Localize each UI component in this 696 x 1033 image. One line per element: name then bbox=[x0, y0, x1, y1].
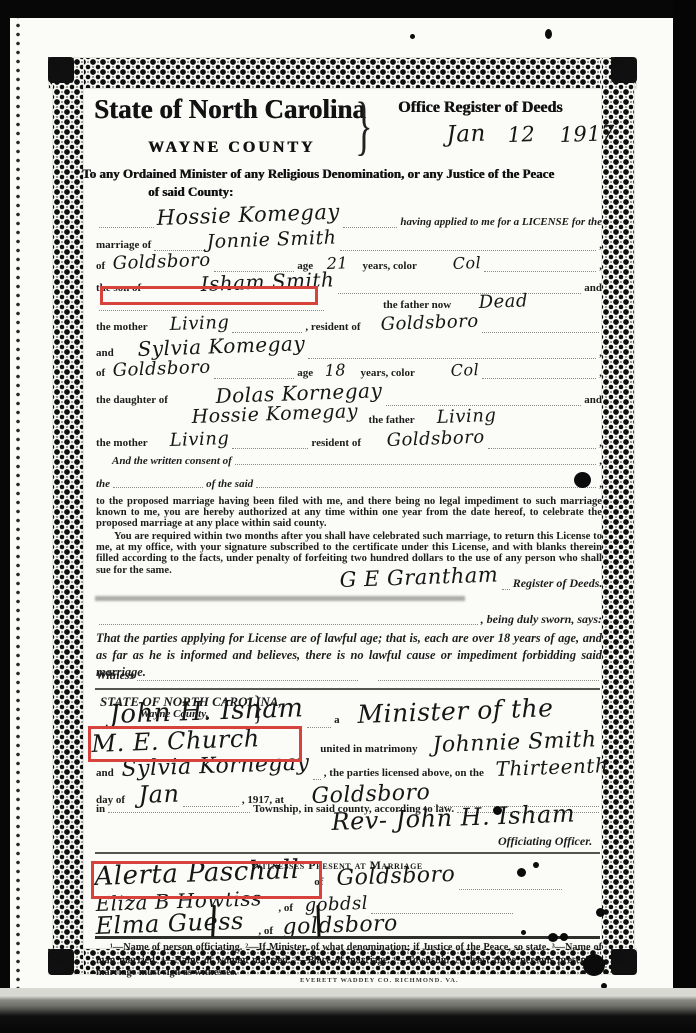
sworn-line: , being duly sworn, says: bbox=[96, 612, 602, 627]
groom-residence-line: of Goldsboro age 21 years, color Col , bbox=[96, 253, 602, 274]
applicant-name: Hossie Komegay bbox=[156, 200, 340, 230]
ink-blot bbox=[574, 472, 591, 488]
consent-line: And the written consent of , bbox=[112, 455, 602, 467]
highlight-box-witness-name bbox=[91, 861, 322, 899]
scanned-marriage-license: State of North Carolina } Office Registe… bbox=[0, 0, 696, 1033]
witness-line: Witness bbox=[96, 668, 602, 683]
border-left-band bbox=[52, 57, 84, 975]
groom-father-status: Dead bbox=[479, 290, 529, 313]
border-corner-tr-icon bbox=[611, 57, 637, 83]
groom-mother-status: Living bbox=[169, 312, 229, 335]
applicant-line: Hossie Komegay having applied to me for … bbox=[96, 206, 602, 230]
ink-blot bbox=[596, 908, 605, 917]
officiating-officer-label: Officiating Officer. bbox=[498, 834, 592, 849]
brace-glyph: } bbox=[355, 88, 372, 164]
scan-edge-top bbox=[0, 0, 696, 18]
border-corner-bl-icon bbox=[48, 949, 74, 975]
ink-blot bbox=[521, 930, 526, 935]
document-title: State of North Carolina bbox=[94, 94, 366, 125]
bride-age: 18 bbox=[324, 360, 346, 380]
state-title: State of North Carolina bbox=[94, 94, 366, 125]
officiant-name: John H. Isham bbox=[109, 693, 304, 730]
footnote-rule bbox=[95, 936, 600, 939]
minister-of-the: Minister of the bbox=[357, 693, 554, 729]
paper-perforated-edge bbox=[10, 18, 22, 1012]
ink-blot bbox=[560, 933, 568, 941]
bride-father-status: Living bbox=[436, 405, 496, 428]
ink-blot bbox=[517, 868, 526, 877]
ink-blot bbox=[583, 954, 605, 976]
border-top-band bbox=[48, 57, 637, 89]
border-right-band bbox=[601, 57, 635, 975]
salutation-line2: of said County: bbox=[148, 184, 233, 200]
groom-name: Jonnie Smith bbox=[207, 226, 338, 253]
ink-blot bbox=[493, 806, 502, 815]
bride-residence: Goldsboro bbox=[112, 357, 211, 381]
highlight-box-denomination bbox=[88, 726, 302, 762]
bride-residence-line: of Goldsboro age 18 years, color Col , bbox=[96, 360, 602, 381]
ink-blot bbox=[545, 29, 552, 39]
bride-mother-line: the mother Living resident of Goldsboro … bbox=[96, 430, 602, 451]
the-of-said-line: the of the said , bbox=[96, 478, 602, 490]
footnotes: ¹—Name of person officiating. ²—If Minis… bbox=[96, 942, 602, 980]
handwritten-date: Jan 12 1917 bbox=[447, 122, 615, 148]
ink-blot bbox=[533, 862, 539, 868]
office-heading: Office Register of Deeds bbox=[398, 99, 563, 117]
bride-mother-residence: Goldsboro bbox=[386, 427, 485, 451]
border-corner-tl-icon bbox=[48, 57, 74, 83]
groom-residence: Goldsboro bbox=[112, 250, 211, 274]
scan-edge-bottom bbox=[0, 988, 696, 1033]
register-of-deeds-label: Register of Deeds. bbox=[513, 576, 603, 591]
groom-mother-line: the mother Living , resident of Goldsbor… bbox=[96, 314, 602, 335]
border-corner-br-icon bbox=[611, 949, 637, 975]
authorization-paragraph: to the proposed marriage having been fil… bbox=[96, 496, 602, 530]
bride-name: Sylvia Komegay bbox=[137, 331, 305, 361]
witness-residence: Goldsboro bbox=[337, 862, 457, 891]
register-signature: G E Grantham bbox=[339, 562, 498, 592]
ink-blot bbox=[548, 933, 558, 942]
title-brace: } bbox=[348, 88, 380, 164]
highlight-box-blank-field bbox=[100, 286, 318, 305]
groom-mother-residence: Goldsboro bbox=[380, 311, 479, 335]
printer-credit: EVERETT WADDEY CO. RICHMOND. VA. bbox=[300, 977, 459, 984]
scan-smudge bbox=[95, 596, 465, 601]
register-signature-line: G E Grantham Register of Deeds. bbox=[340, 568, 602, 592]
section-rule-1 bbox=[95, 688, 600, 690]
county-heading: WAYNE COUNTY bbox=[148, 139, 315, 157]
ink-blot bbox=[410, 34, 415, 39]
groom-name-line: marriage of Jonnie Smith , bbox=[96, 231, 602, 253]
bride-mother-name-line: Hossie Komegay the father Living bbox=[96, 406, 602, 428]
salutation-line1: To any Ordained Minister of any Religiou… bbox=[82, 166, 554, 182]
bride-color: Col bbox=[450, 360, 479, 380]
bride-mother-name: Hossie Komegay bbox=[191, 400, 358, 428]
officiant-signature-line: Rev- John H. Isham bbox=[332, 808, 576, 836]
bride-mother-status: Living bbox=[169, 428, 229, 451]
scan-edge-right bbox=[673, 0, 696, 1033]
section-rule-2 bbox=[95, 852, 600, 854]
groom-color: Col bbox=[452, 253, 481, 273]
marriage-day-word: Thirteenth bbox=[495, 753, 608, 781]
